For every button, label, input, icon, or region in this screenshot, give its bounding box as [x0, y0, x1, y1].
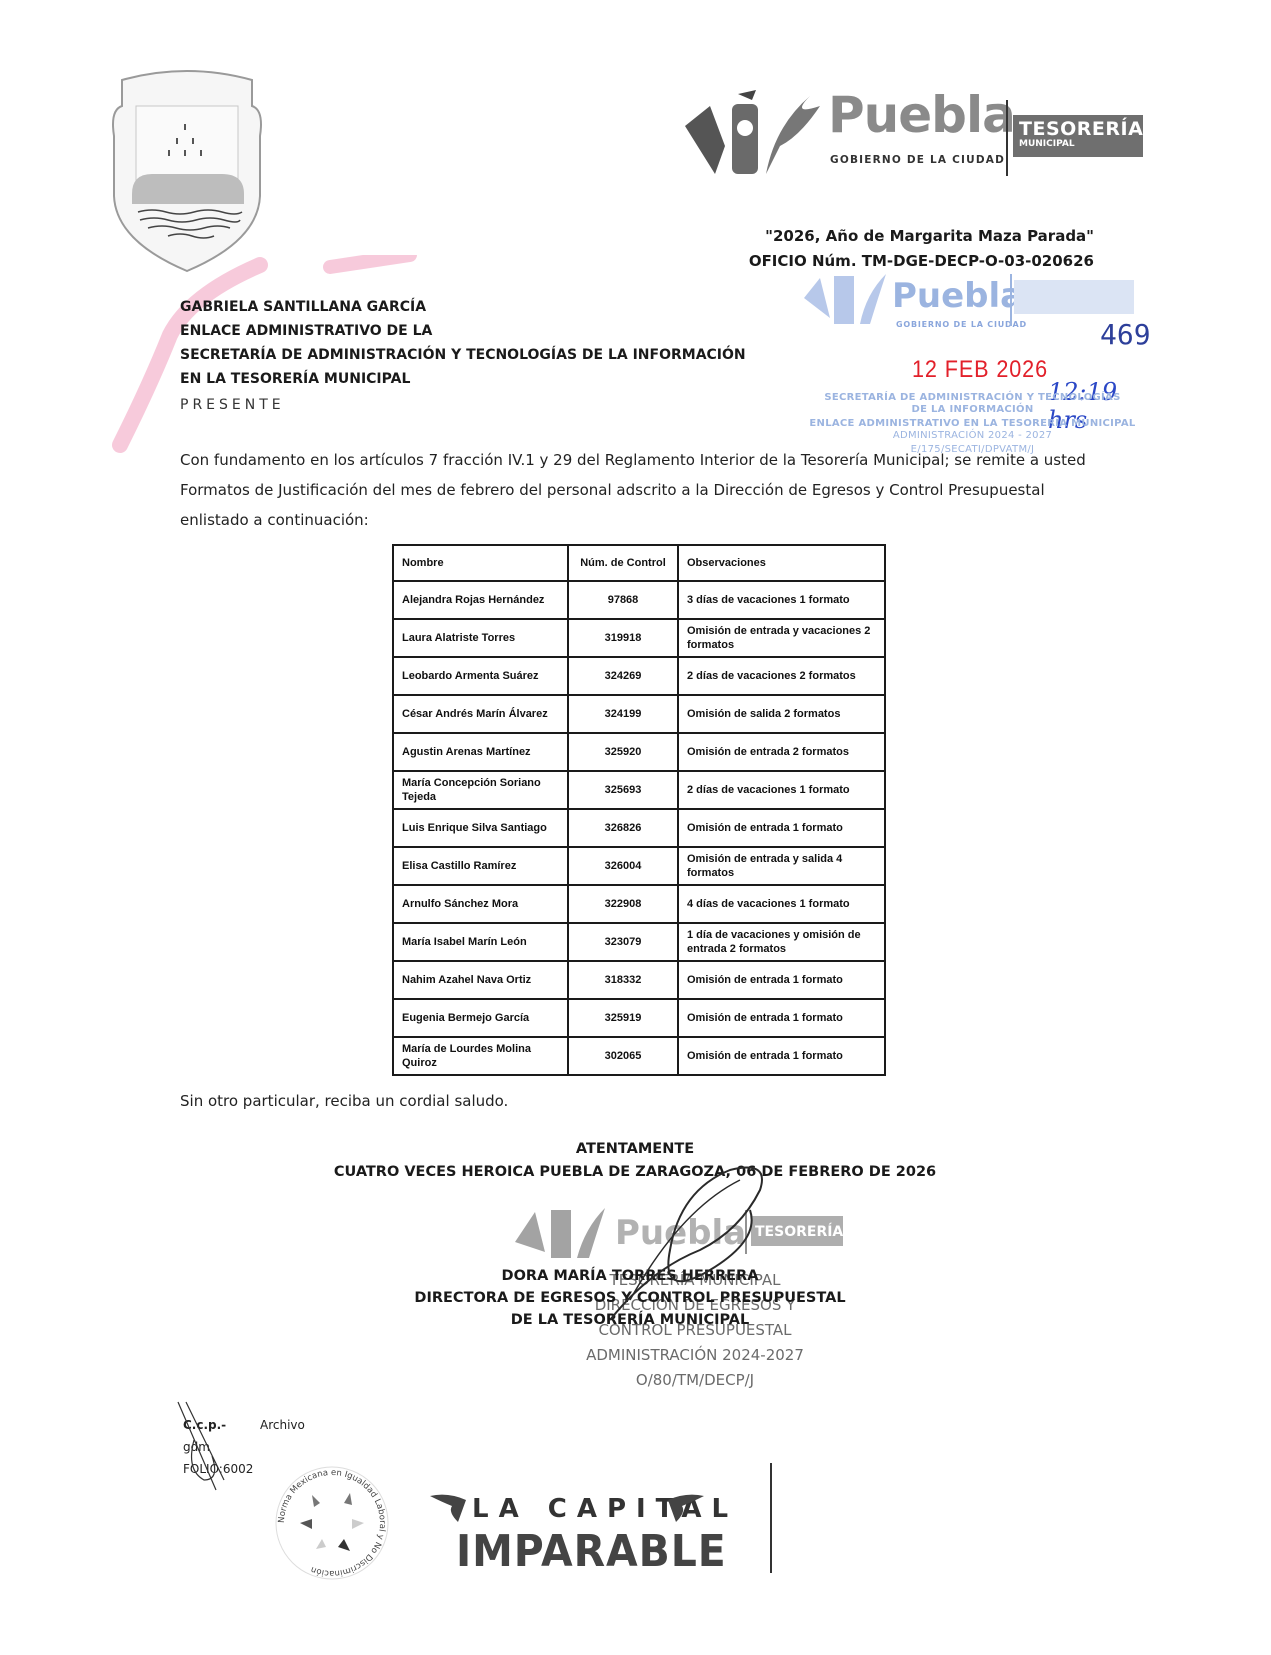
table-body: Alejandra Rojas Hernández978683 días de … [393, 581, 885, 1075]
svg-text:Norma Mexicana en Igualdad Lab: Norma Mexicana en Igualdad Laboral y No … [277, 1468, 387, 1578]
logo-subtitle: GOBIERNO DE LA CIUDAD [830, 154, 1005, 166]
signature-logo-stamp: Puebla TESORERÍA [515, 1202, 855, 1262]
signature-header: ATENTAMENTE CUATRO VECES HEROICA PUEBLA … [330, 1138, 940, 1184]
svg-text:TESORERÍA: TESORERÍA [755, 1223, 843, 1240]
signer-position: DIRECTORA DE EGRESOS Y CONTROL PRESUPUES… [400, 1287, 860, 1309]
cell-observaciones: 2 días de vacaciones 1 formato [678, 771, 885, 809]
cell-control: 323079 [568, 923, 678, 961]
ccp-label: C.c.p.- [183, 1418, 226, 1432]
stamp-line-1: SECRETARÍA DE ADMINISTRACIÓN Y TECNOLOGÍ… [800, 392, 1145, 403]
cell-observaciones: 3 días de vacaciones 1 formato [678, 581, 885, 619]
table-row: Eugenia Bermejo García325919Omisión de e… [393, 999, 885, 1037]
cell-nombre: María Isabel Marín León [393, 923, 568, 961]
cell-control: 302065 [568, 1037, 678, 1075]
document-header-info: "2026, Año de Margarita Maza Parada" OFI… [749, 224, 1094, 274]
ccp-block: C.c.p.-Archivo gdm FOLIO:6002 [183, 1414, 253, 1480]
recipient-title-line-3: EN LA TESORERÍA MUNICIPAL [180, 367, 746, 391]
initials: gdm [183, 1436, 253, 1458]
cell-control: 326004 [568, 847, 678, 885]
left-wing-icon [428, 1492, 468, 1526]
slogan-line-2: IMPARABLE [456, 1526, 727, 1577]
cell-observaciones: Omisión de entrada 1 formato [678, 961, 885, 999]
cell-control: 325693 [568, 771, 678, 809]
recipient-title-line-1: ENLACE ADMINISTRATIVO DE LA [180, 319, 746, 343]
cell-nombre: Alejandra Rojas Hernández [393, 581, 568, 619]
cell-observaciones: Omisión de entrada 1 formato [678, 1037, 885, 1075]
cell-observaciones: Omisión de entrada 1 formato [678, 809, 885, 847]
cell-observaciones: Omisión de salida 2 formatos [678, 695, 885, 733]
cell-observaciones: Omisión de entrada 2 formatos [678, 733, 885, 771]
stamp-line-3: ENLACE ADMINISTRATIVO EN LA TESORERÍA MU… [800, 418, 1145, 429]
cell-nombre: Leobardo Armenta Suárez [393, 657, 568, 695]
cell-observaciones: Omisión de entrada y vacaciones 2 format… [678, 619, 885, 657]
column-header-control: Núm. de Control [568, 545, 678, 581]
table-row: Laura Alatriste Torres319918Omisión de e… [393, 619, 885, 657]
folio: FOLIO:6002 [183, 1458, 253, 1480]
cell-control: 325919 [568, 999, 678, 1037]
table-row: Elisa Castillo Ramírez326004Omisión de e… [393, 847, 885, 885]
closing-line: Sin otro particular, reciba un cordial s… [180, 1092, 508, 1110]
cell-nombre: Eugenia Bermejo García [393, 999, 568, 1037]
received-stamp: Puebla GOBIERNO DE LA CIUDAD 469 12 FEB … [800, 268, 1145, 438]
footer-divider [770, 1463, 772, 1573]
tesoreria-title: TESORERÍA [1019, 119, 1137, 139]
table-row: Arnulfo Sánchez Mora3229084 días de vaca… [393, 885, 885, 923]
cell-nombre: Elisa Castillo Ramírez [393, 847, 568, 885]
justification-table: Nombre Núm. de Control Observaciones Ale… [392, 544, 886, 1076]
stamp-emblem-icon [800, 268, 890, 328]
column-header-nombre: Nombre [393, 545, 568, 581]
cell-nombre: María Concepción Soriano Tejeda [393, 771, 568, 809]
table-row: María Isabel Marín León3230791 día de va… [393, 923, 885, 961]
recipient-title-line-2: SECRETARÍA DE ADMINISTRACIÓN Y TECNOLOGÍ… [180, 343, 746, 367]
table-row: Nahim Azahel Nava Ortiz318332Omisión de … [393, 961, 885, 999]
table-row: César Andrés Marín Álvarez324199Omisión … [393, 695, 885, 733]
signer-name: DORA MARÍA TORRES HERRERA [400, 1265, 860, 1287]
table-row: Alejandra Rojas Hernández978683 días de … [393, 581, 885, 619]
logo-divider [1006, 100, 1008, 176]
stamp-logo-subtitle: GOBIERNO DE LA CIUDAD [896, 320, 1027, 329]
greeting: PRESENTE [180, 397, 285, 413]
stamp-folio-number: 469 [1100, 318, 1151, 351]
cell-nombre: Luis Enrique Silva Santiago [393, 809, 568, 847]
stamp-line-2: DE LA INFORMACIÓN [800, 404, 1145, 415]
cell-control: 97868 [568, 581, 678, 619]
stamp-logo-wordmark: Puebla [892, 276, 1023, 316]
cell-nombre: María de Lourdes Molina Quiroz [393, 1037, 568, 1075]
cell-observaciones: 4 días de vacaciones 1 formato [678, 885, 885, 923]
cell-observaciones: Omisión de entrada y salida 4 formatos [678, 847, 885, 885]
recipient-block: GABRIELA SANTILLANA GARCÍA ENLACE ADMINI… [180, 295, 746, 391]
stamp-divider [1010, 274, 1012, 326]
table-row: María Concepción Soriano Tejeda3256932 d… [393, 771, 885, 809]
nmx-seal-text: Norma Mexicana en Igualdad Laboral y No … [277, 1468, 387, 1578]
ccp-value: Archivo [260, 1414, 305, 1436]
puebla-emblem-icon [680, 86, 830, 176]
svg-text:Puebla: Puebla [615, 1213, 746, 1253]
stamp-badge [1014, 280, 1134, 314]
cell-nombre: Nahim Azahel Nava Ortiz [393, 961, 568, 999]
nmx-equality-seal: Norma Mexicana en Igualdad Laboral y No … [272, 1463, 392, 1583]
stamp-received-date: 12 FEB 2026 [912, 356, 1048, 384]
table-header-row: Nombre Núm. de Control Observaciones [393, 545, 885, 581]
capital-imparable-logo: LA CAPITAL IMPARABLE [428, 1490, 748, 1580]
cell-nombre: Agustin Arenas Martínez [393, 733, 568, 771]
table-row: Leobardo Armenta Suárez3242692 días de v… [393, 657, 885, 695]
cell-observaciones: 2 días de vacaciones 2 formatos [678, 657, 885, 695]
table-row: Luis Enrique Silva Santiago326826Omisión… [393, 809, 885, 847]
recipient-name: GABRIELA SANTILLANA GARCÍA [180, 295, 746, 319]
logo-wordmark: Puebla [828, 86, 1015, 144]
cell-control: 318332 [568, 961, 678, 999]
cell-control: 325920 [568, 733, 678, 771]
city-shield-emblem [102, 66, 272, 276]
cell-nombre: Arnulfo Sánchez Mora [393, 885, 568, 923]
year-motto: "2026, Año de Margarita Maza Parada" [749, 224, 1094, 249]
column-header-observaciones: Observaciones [678, 545, 885, 581]
cell-control: 326826 [568, 809, 678, 847]
right-wing-icon [666, 1492, 706, 1526]
cell-control: 319918 [568, 619, 678, 657]
cell-control: 322908 [568, 885, 678, 923]
stamp-line-4: ADMINISTRACIÓN 2024 - 2027 [800, 430, 1145, 441]
atentamente: ATENTAMENTE [330, 1138, 940, 1161]
seal-line-4: ADMINISTRACIÓN 2024-2027 [560, 1343, 830, 1368]
cell-nombre: César Andrés Marín Álvarez [393, 695, 568, 733]
seal-line-5: O/80/TM/DECP/J [560, 1368, 830, 1393]
table-row: María de Lourdes Molina Quiroz302065Omis… [393, 1037, 885, 1075]
puebla-tesoreria-logo: Puebla GOBIERNO DE LA CIUDAD TESORERÍA M… [680, 86, 1150, 178]
cell-control: 324199 [568, 695, 678, 733]
cell-control: 324269 [568, 657, 678, 695]
signer-block: DORA MARÍA TORRES HERRERA DIRECTORA DE E… [400, 1265, 860, 1331]
cell-nombre: Laura Alatriste Torres [393, 619, 568, 657]
body-paragraph: Con fundamento en los artículos 7 fracci… [180, 445, 1100, 535]
cell-observaciones: Omisión de entrada 1 formato [678, 999, 885, 1037]
signer-department: DE LA TESORERÍA MUNICIPAL [400, 1309, 860, 1331]
place-and-date: CUATRO VECES HEROICA PUEBLA DE ZARAGOZA,… [330, 1161, 940, 1184]
tesoreria-subtitle: MUNICIPAL [1019, 139, 1137, 150]
table-row: Agustin Arenas Martínez325920Omisión de … [393, 733, 885, 771]
tesoreria-badge: TESORERÍA MUNICIPAL [1013, 115, 1143, 157]
cell-observaciones: 1 día de vacaciones y omisión de entrada… [678, 923, 885, 961]
